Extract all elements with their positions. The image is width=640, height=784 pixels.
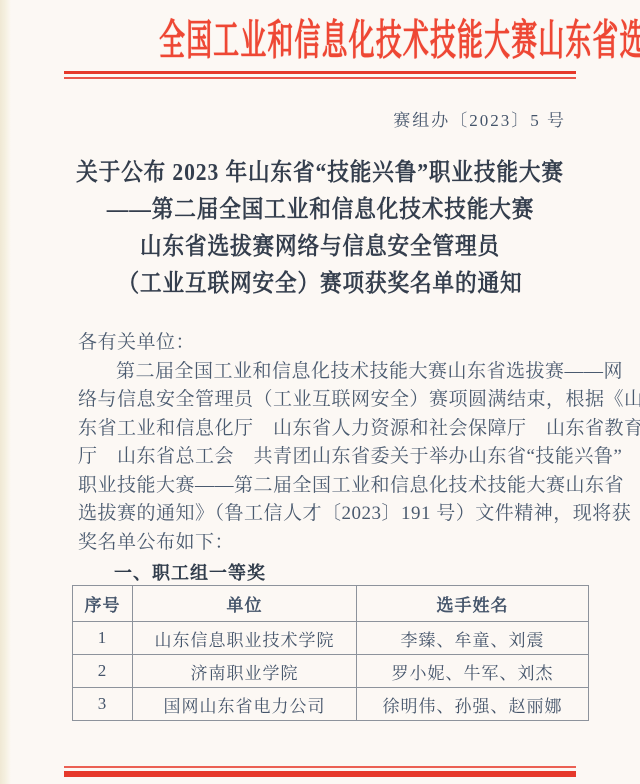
notice-title-line-2: ——第二届全国工业和信息化技术技能大赛 bbox=[0, 192, 640, 229]
rule-bottom-thin-line bbox=[64, 766, 576, 768]
table-header-cell: 序号 bbox=[73, 586, 133, 622]
masthead-title: 全国工业和信息化技术技能大赛山东省选拔赛 bbox=[159, 15, 640, 66]
salutation-line: 各有关单位： bbox=[78, 329, 582, 358]
award-table: 序号 单位 选手姓名 1 山东信息职业技术学院 李臻、牟童、刘震 2 济南职业学… bbox=[72, 585, 589, 721]
table-header-cell: 单位 bbox=[133, 586, 357, 622]
rule-top-thick-line bbox=[64, 71, 576, 74]
rule-top-thin-line bbox=[64, 77, 576, 79]
notice-title-line-4: （工业互联网安全）赛项获奖名单的通知 bbox=[0, 266, 640, 303]
table-cell-names: 罗小妮、牛军、刘杰 bbox=[357, 655, 589, 688]
table-cell-unit: 山东信息职业技术学院 bbox=[133, 622, 357, 655]
table-row: 1 山东信息职业技术学院 李臻、牟童、刘震 bbox=[73, 622, 589, 655]
red-double-rule-top bbox=[64, 71, 576, 79]
scan-edge-shadow bbox=[0, 0, 11, 784]
body-line: 选拔赛的通知》（鲁工信人才〔2023〕191 号）文件精神，现将获 bbox=[78, 500, 582, 529]
document-page: 全国工业和信息化技术技能大赛山东省选拔赛 赛组办〔2023〕5 号 关于公布 2… bbox=[0, 0, 640, 784]
notice-title-line-3: 山东省选拔赛网络与信息安全管理员 bbox=[0, 229, 640, 266]
red-double-rule-bottom bbox=[64, 766, 576, 777]
notice-title: 关于公布 2023 年山东省“技能兴鲁”职业技能大赛 ——第二届全国工业和信息化… bbox=[0, 155, 640, 303]
section-heading: 一、职工组一等奖 bbox=[114, 559, 266, 585]
body-line: 东省工业和信息化厅 山东省人力资源和社会保障厅 山东省教育 bbox=[78, 415, 582, 444]
table-cell-unit: 国网山东省电力公司 bbox=[133, 688, 357, 721]
body-line: 厅 山东省总工会 共青团山东省委关于举办山东省“技能兴鲁” bbox=[78, 443, 582, 472]
document-number: 赛组办〔2023〕5 号 bbox=[393, 106, 566, 131]
body-line: 奖名单公布如下： bbox=[78, 529, 582, 558]
notice-title-line-1: 关于公布 2023 年山东省“技能兴鲁”职业技能大赛 bbox=[0, 155, 640, 192]
body-paragraph: 各有关单位： 第二届全国工业和信息化技术技能大赛山东省选拔赛——网 络与信息安全… bbox=[78, 329, 582, 557]
table-cell-rank: 1 bbox=[73, 622, 133, 655]
table-header-cell: 选手姓名 bbox=[357, 586, 589, 622]
table-row: 2 济南职业学院 罗小妮、牛军、刘杰 bbox=[73, 655, 589, 688]
body-line: 第二届全国工业和信息化技术技能大赛山东省选拔赛——网 bbox=[78, 358, 582, 387]
table-cell-names: 徐明伟、孙强、赵丽娜 bbox=[357, 688, 589, 721]
table-cell-rank: 3 bbox=[73, 688, 133, 721]
table-cell-rank: 2 bbox=[73, 655, 133, 688]
body-line: 络与信息安全管理员（工业互联网安全）赛项圆满结束，根据《山 bbox=[78, 386, 582, 415]
table-header-row: 序号 单位 选手姓名 bbox=[73, 586, 589, 622]
table-cell-unit: 济南职业学院 bbox=[133, 655, 357, 688]
body-line: 职业技能大赛——第二届全国工业和信息化技术技能大赛山东省 bbox=[78, 472, 582, 501]
table-cell-names: 李臻、牟童、刘震 bbox=[357, 622, 589, 655]
rule-bottom-thick-line bbox=[64, 771, 576, 777]
masthead-banner: 全国工业和信息化技术技能大赛山东省选拔赛 bbox=[0, 15, 640, 65]
table-row: 3 国网山东省电力公司 徐明伟、孙强、赵丽娜 bbox=[73, 688, 589, 721]
